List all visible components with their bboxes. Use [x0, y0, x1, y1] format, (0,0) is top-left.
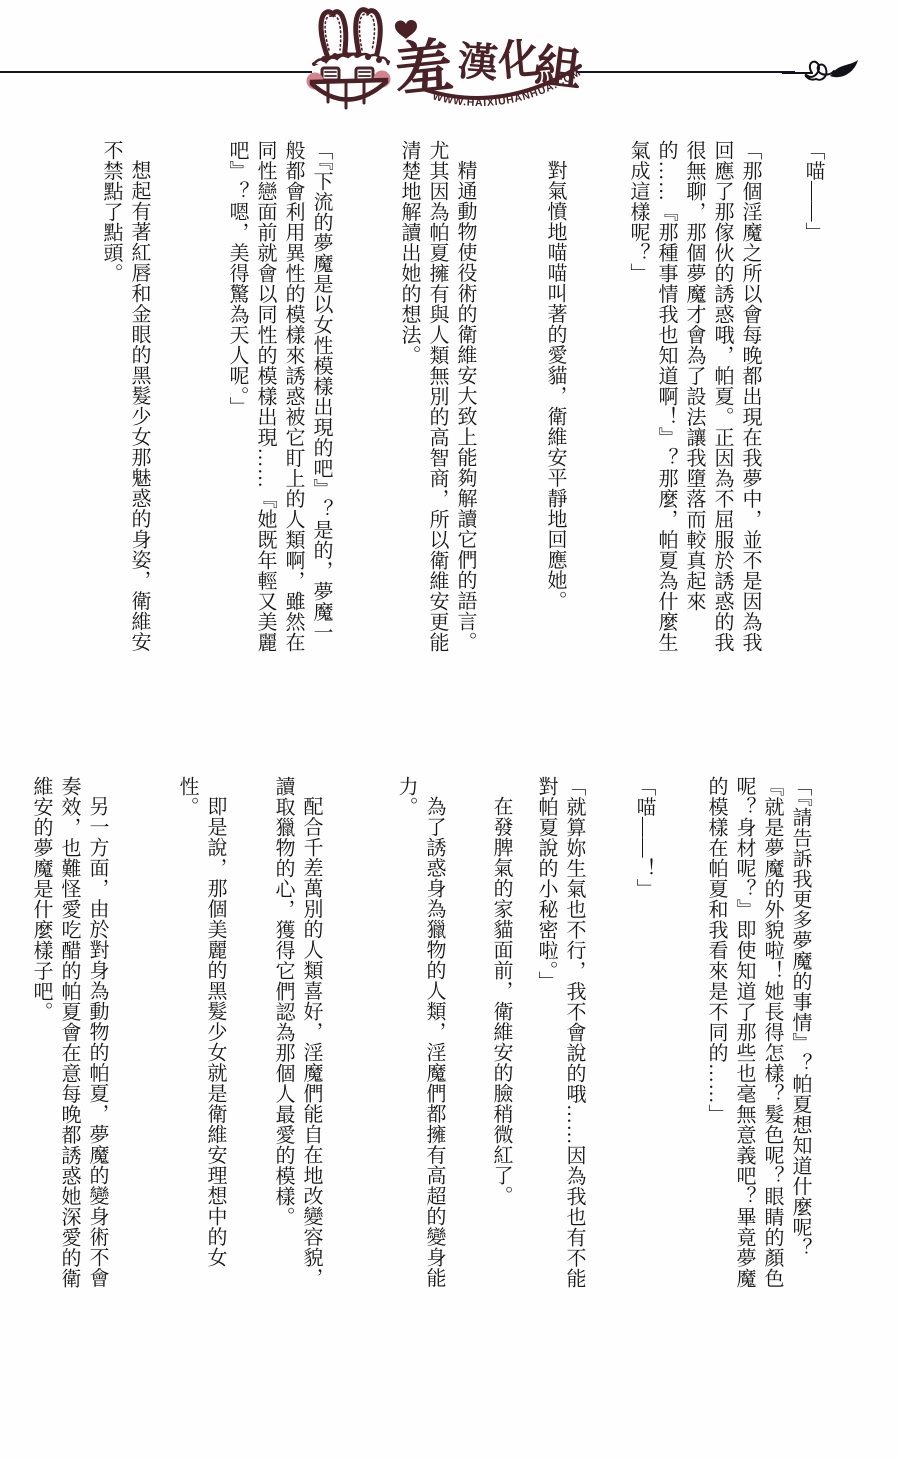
novel-paragraph: 精通動物使役術的衛維安大致上能夠解讀它們的語言。尤其因為帕夏擁有與人類無別的高智…	[395, 140, 479, 656]
novel-paragraph: 「就算妳生氣也不行，我不會說的哦……因為我也有不能對帕夏說的小秘密啦。」	[532, 776, 588, 1292]
novel-paragraph: 另一方面，由於對身為動物的帕夏，夢魔的變身術不會奏效，也難怪愛吃醋的帕夏會在意每…	[27, 776, 111, 1292]
haixiu-logo: 羞 漢 化 組 WWW.HAIXIUHANHUA.COM	[298, 2, 588, 112]
novel-paragraph: 想起有著紅唇和金眼的黑髮少女那魅惑的身姿，衛維安不禁點了點頭。	[97, 140, 153, 656]
novel-paragraph: 對氣憤地喵喵叫著的愛貓，衛維安平靜地回應她。	[541, 140, 569, 656]
logo-char: 羞	[391, 33, 455, 104]
header-divider-left	[0, 71, 312, 73]
rabbit-mascot-icon	[307, 10, 391, 108]
novel-paragraph: 「喵——！」	[630, 776, 658, 1292]
novel-paragraph: 「喵——」	[799, 140, 827, 656]
logo-group-name: 羞 漢 化 組	[391, 33, 584, 104]
vine-flourish-icon	[782, 52, 860, 94]
novel-paragraph: 在發脾氣的家貓面前，衛維安的臉稍微紅了。	[487, 776, 515, 1292]
novel-paragraph: 「那個淫魔之所以會每晚都出現在我夢中，並不是因為我回應了那傢伙的誘惑哦，帕夏。正…	[624, 140, 764, 656]
novel-text-bottom: 「『請告訴我更多夢魔的事情』？帕夏想知道什麼呢？『就是夢魔的外貌啦！她長得怎樣？…	[27, 776, 814, 1292]
header-divider-right	[575, 71, 795, 73]
novel-paragraph: 「『請告訴我更多夢魔的事情』？帕夏想知道什麼呢？『就是夢魔的外貌啦！她長得怎樣？…	[702, 776, 814, 1292]
novel-scan-page: { "header": { "logo": { "group_chars": […	[0, 0, 900, 1460]
flourish-leaf	[830, 60, 858, 77]
novel-paragraph: 即是說，那個美麗的黑髮少女就是衛維安理想中的女性。	[173, 776, 229, 1292]
novel-paragraph: 為了誘惑身為獵物的人類，淫魔們都擁有高超的變身能力。	[392, 776, 448, 1292]
logo-char: 漢	[456, 39, 499, 87]
novel-paragraph: 配合千差萬別的人類喜好，淫魔們能自在地改變容貌，讀取獵物的心，獲得它們認為那個人…	[269, 776, 325, 1292]
novel-paragraph: 「『下流的夢魔是以女性模樣出現的吧』？是的，夢魔一般都會利用異性的模樣來誘惑被它…	[223, 140, 335, 656]
novel-text-top: 「喵——」「那個淫魔之所以會每晚都出現在我夢中，並不是因為我回應了那傢伙的誘惑哦…	[97, 140, 827, 656]
